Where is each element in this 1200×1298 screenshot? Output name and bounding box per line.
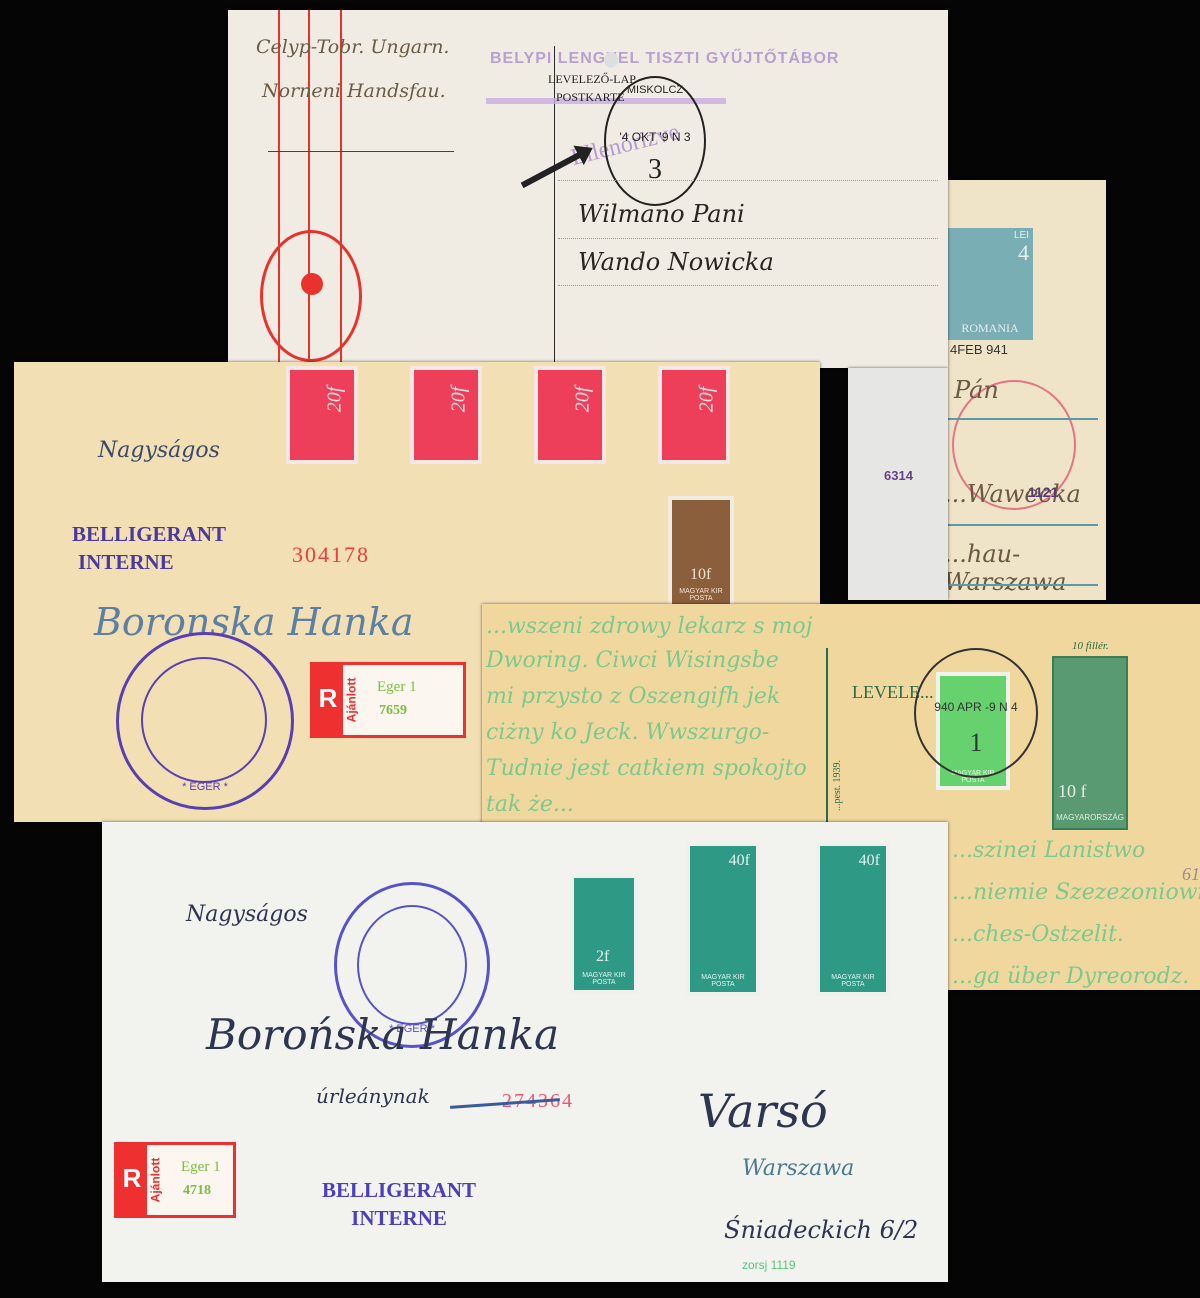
romanian-postcard: LEI 4 ROMANIA 4FEB 941 Pán ...Wawecka ..…: [948, 180, 1106, 600]
stamp-text: MAGYAR KIR POSTA: [690, 974, 756, 988]
address-rule: [948, 584, 1098, 586]
registration-letter: R: [313, 665, 343, 735]
stamp-40f: 40f MAGYAR KIR POSTA: [686, 842, 760, 996]
stamp-20f: 20f: [658, 366, 730, 464]
stamp-20f: 20f: [286, 366, 358, 464]
fragment-number: 6314: [884, 468, 913, 483]
stamp-value: 2f: [596, 948, 609, 966]
address-line: ...ga über Dyreorodz.: [952, 964, 1189, 989]
seal-text: * EGER *: [119, 781, 291, 793]
belligerant-cachet: BELLIGERANT INTERNE: [322, 1176, 476, 1232]
stamp-value: 10f: [690, 566, 711, 584]
stamp-value: 20f: [448, 387, 471, 413]
postmark: 940 APR -9 N 4 1: [914, 648, 1038, 778]
cachet-line-2: INTERNE: [72, 548, 226, 576]
camp-seal: * EGER *: [116, 632, 294, 810]
message-line: ...wszeni zdrowy lekarz s moj: [486, 614, 812, 639]
stamp-10f: 10f MAGYAR KIR POSTA: [668, 496, 734, 608]
top-postcard: Celyp-Tobr. Ungarn. Norneni Handsfau. BE…: [228, 10, 948, 368]
stamp-20f: 20f: [534, 366, 606, 464]
addressee: Boronska Hanka: [94, 600, 414, 644]
card-divider: [554, 46, 555, 366]
address-line: ...szinei Lanistwo: [952, 838, 1145, 863]
miskolc-postmark: MISKOLCZ '4 OKT '9 N 3 3: [604, 76, 706, 206]
street: Śniadeckich 6/2: [724, 1216, 918, 1244]
handwriting-line: ...hau-Warszawa: [944, 540, 1106, 596]
address-rule: [558, 180, 938, 181]
addressee: Borońska Hanka: [206, 1010, 559, 1059]
stamp-country: ROMANIA: [947, 321, 1033, 336]
postmark-town: MISKOLCZ: [606, 84, 704, 96]
stamp-text: MAGYAR KIR POSTA: [574, 972, 634, 986]
addressee-title: úrleánynak: [316, 1084, 430, 1108]
registration-letter: R: [117, 1145, 147, 1215]
sender-line-1: Celyp-Tobr. Ungarn.: [256, 36, 449, 58]
address-line: ...niemie Szezezoniowi: [952, 880, 1200, 905]
handwriting-line: Pán: [954, 376, 999, 404]
salutation: Nagyságos: [186, 902, 308, 927]
postcard-fragment: 6314: [848, 368, 948, 600]
indicium-country: MAGYARORSZÁG: [1054, 813, 1126, 822]
stamp-value: 40f: [729, 852, 750, 870]
indicium-value: 10 f: [1058, 781, 1087, 802]
stamp-text: MAGYAR KIR POSTA: [820, 974, 886, 988]
message-line: Tudnie jest catkiem spokojto: [486, 756, 807, 781]
registration-office: Eger 1: [181, 1159, 221, 1176]
registration-number-label: 4718: [183, 1183, 211, 1199]
indicium-stamp: 10 f MAGYARORSZÁG: [1052, 656, 1128, 830]
cachet-line-1: BELLIGERANT: [322, 1176, 476, 1204]
postmark-number: 1: [916, 728, 1036, 758]
white-registered-cover: Nagyságos * EGER * 2f MAGYAR KIR POSTA 4…: [102, 822, 948, 1282]
punch-hole: [604, 52, 618, 68]
registration-label: R Ajánlott Eger 1 7659: [310, 662, 466, 738]
stamp-value: 20f: [324, 387, 347, 413]
message-line: tak że...: [486, 792, 574, 817]
registration-label: R Ajánlott Eger 1 4718: [114, 1142, 236, 1218]
registration-office: Eger 1: [377, 679, 417, 696]
cachet-line-1: BELLIGERANT: [72, 520, 226, 548]
address-rule: [558, 238, 938, 239]
stamp-20f: 20f: [410, 366, 482, 464]
belligerant-cachet: BELLIGERANT INTERNE: [72, 520, 226, 576]
registration-number-label: 7659: [379, 703, 407, 719]
stamp-value: 20f: [696, 387, 719, 413]
message-line: Dworing. Ciwci Wisingsbe: [486, 648, 779, 673]
seal-inner-ring: [141, 657, 267, 783]
registration-number: 304178: [292, 542, 370, 568]
city: Varsó: [698, 1084, 828, 1138]
address-rule: [948, 418, 1098, 420]
address-rule: [558, 285, 938, 286]
romania-stamp-indicium: LEI 4 ROMANIA: [947, 228, 1033, 340]
postmark-date: 4FEB 941: [950, 342, 1008, 357]
registration-type: Ajánlott: [344, 678, 358, 723]
indicium-value-text: 10 fillér.: [1072, 640, 1109, 652]
wehrmacht-censor-stamp: [260, 230, 362, 362]
printer-imprint: ...pest. 1939.: [832, 760, 843, 811]
registration-type: Ajánlott: [148, 1158, 162, 1203]
card-divider: [826, 648, 828, 828]
recipient-line-1: Wilmano Pani: [578, 200, 745, 228]
cachet-line-2: INTERNE: [322, 1204, 476, 1232]
message-line: ciżny ko Jeck. Wwszurgo-: [486, 720, 769, 745]
postmark-date: 940 APR -9 N 4: [916, 700, 1036, 714]
censor-number: 1121: [1028, 484, 1058, 500]
stamp-2f: 2f MAGYAR KIR POSTA: [570, 874, 638, 994]
stamp-value: 4: [1018, 240, 1029, 266]
pencil-note: zorsj 1119: [742, 1258, 796, 1272]
recipient-line-2: Wando Nowicka: [578, 248, 774, 276]
stamp-40f: 40f MAGYAR KIR POSTA: [816, 842, 890, 996]
city-alt: Warszawa: [742, 1156, 854, 1181]
stamp-value: 40f: [859, 852, 880, 870]
postmark-date: '4 OKT '9 N 3: [606, 130, 704, 144]
address-line: ...ches-Ostzelit.: [952, 922, 1124, 947]
camp-handstamp: BELYPI LENGYEL TISZTI GYŰJTŐTÁBOR: [490, 50, 839, 68]
sender-line-2: Norneni Handsfau.: [262, 80, 446, 102]
pencil-note: 6176: [1182, 864, 1200, 885]
stamp-value: 20f: [572, 387, 595, 413]
handwriting-line: ...Wawecka: [944, 480, 1081, 508]
address-rule: [948, 524, 1098, 526]
sender-rule: [268, 151, 454, 152]
seal-inner-ring: [357, 905, 467, 1025]
stamp-text: MAGYAR KIR POSTA: [672, 588, 730, 602]
message-line: mi przysto z Oszengifh jek: [486, 684, 780, 709]
salutation: Nagyságos: [98, 438, 220, 463]
postmark-number: 3: [606, 154, 704, 186]
